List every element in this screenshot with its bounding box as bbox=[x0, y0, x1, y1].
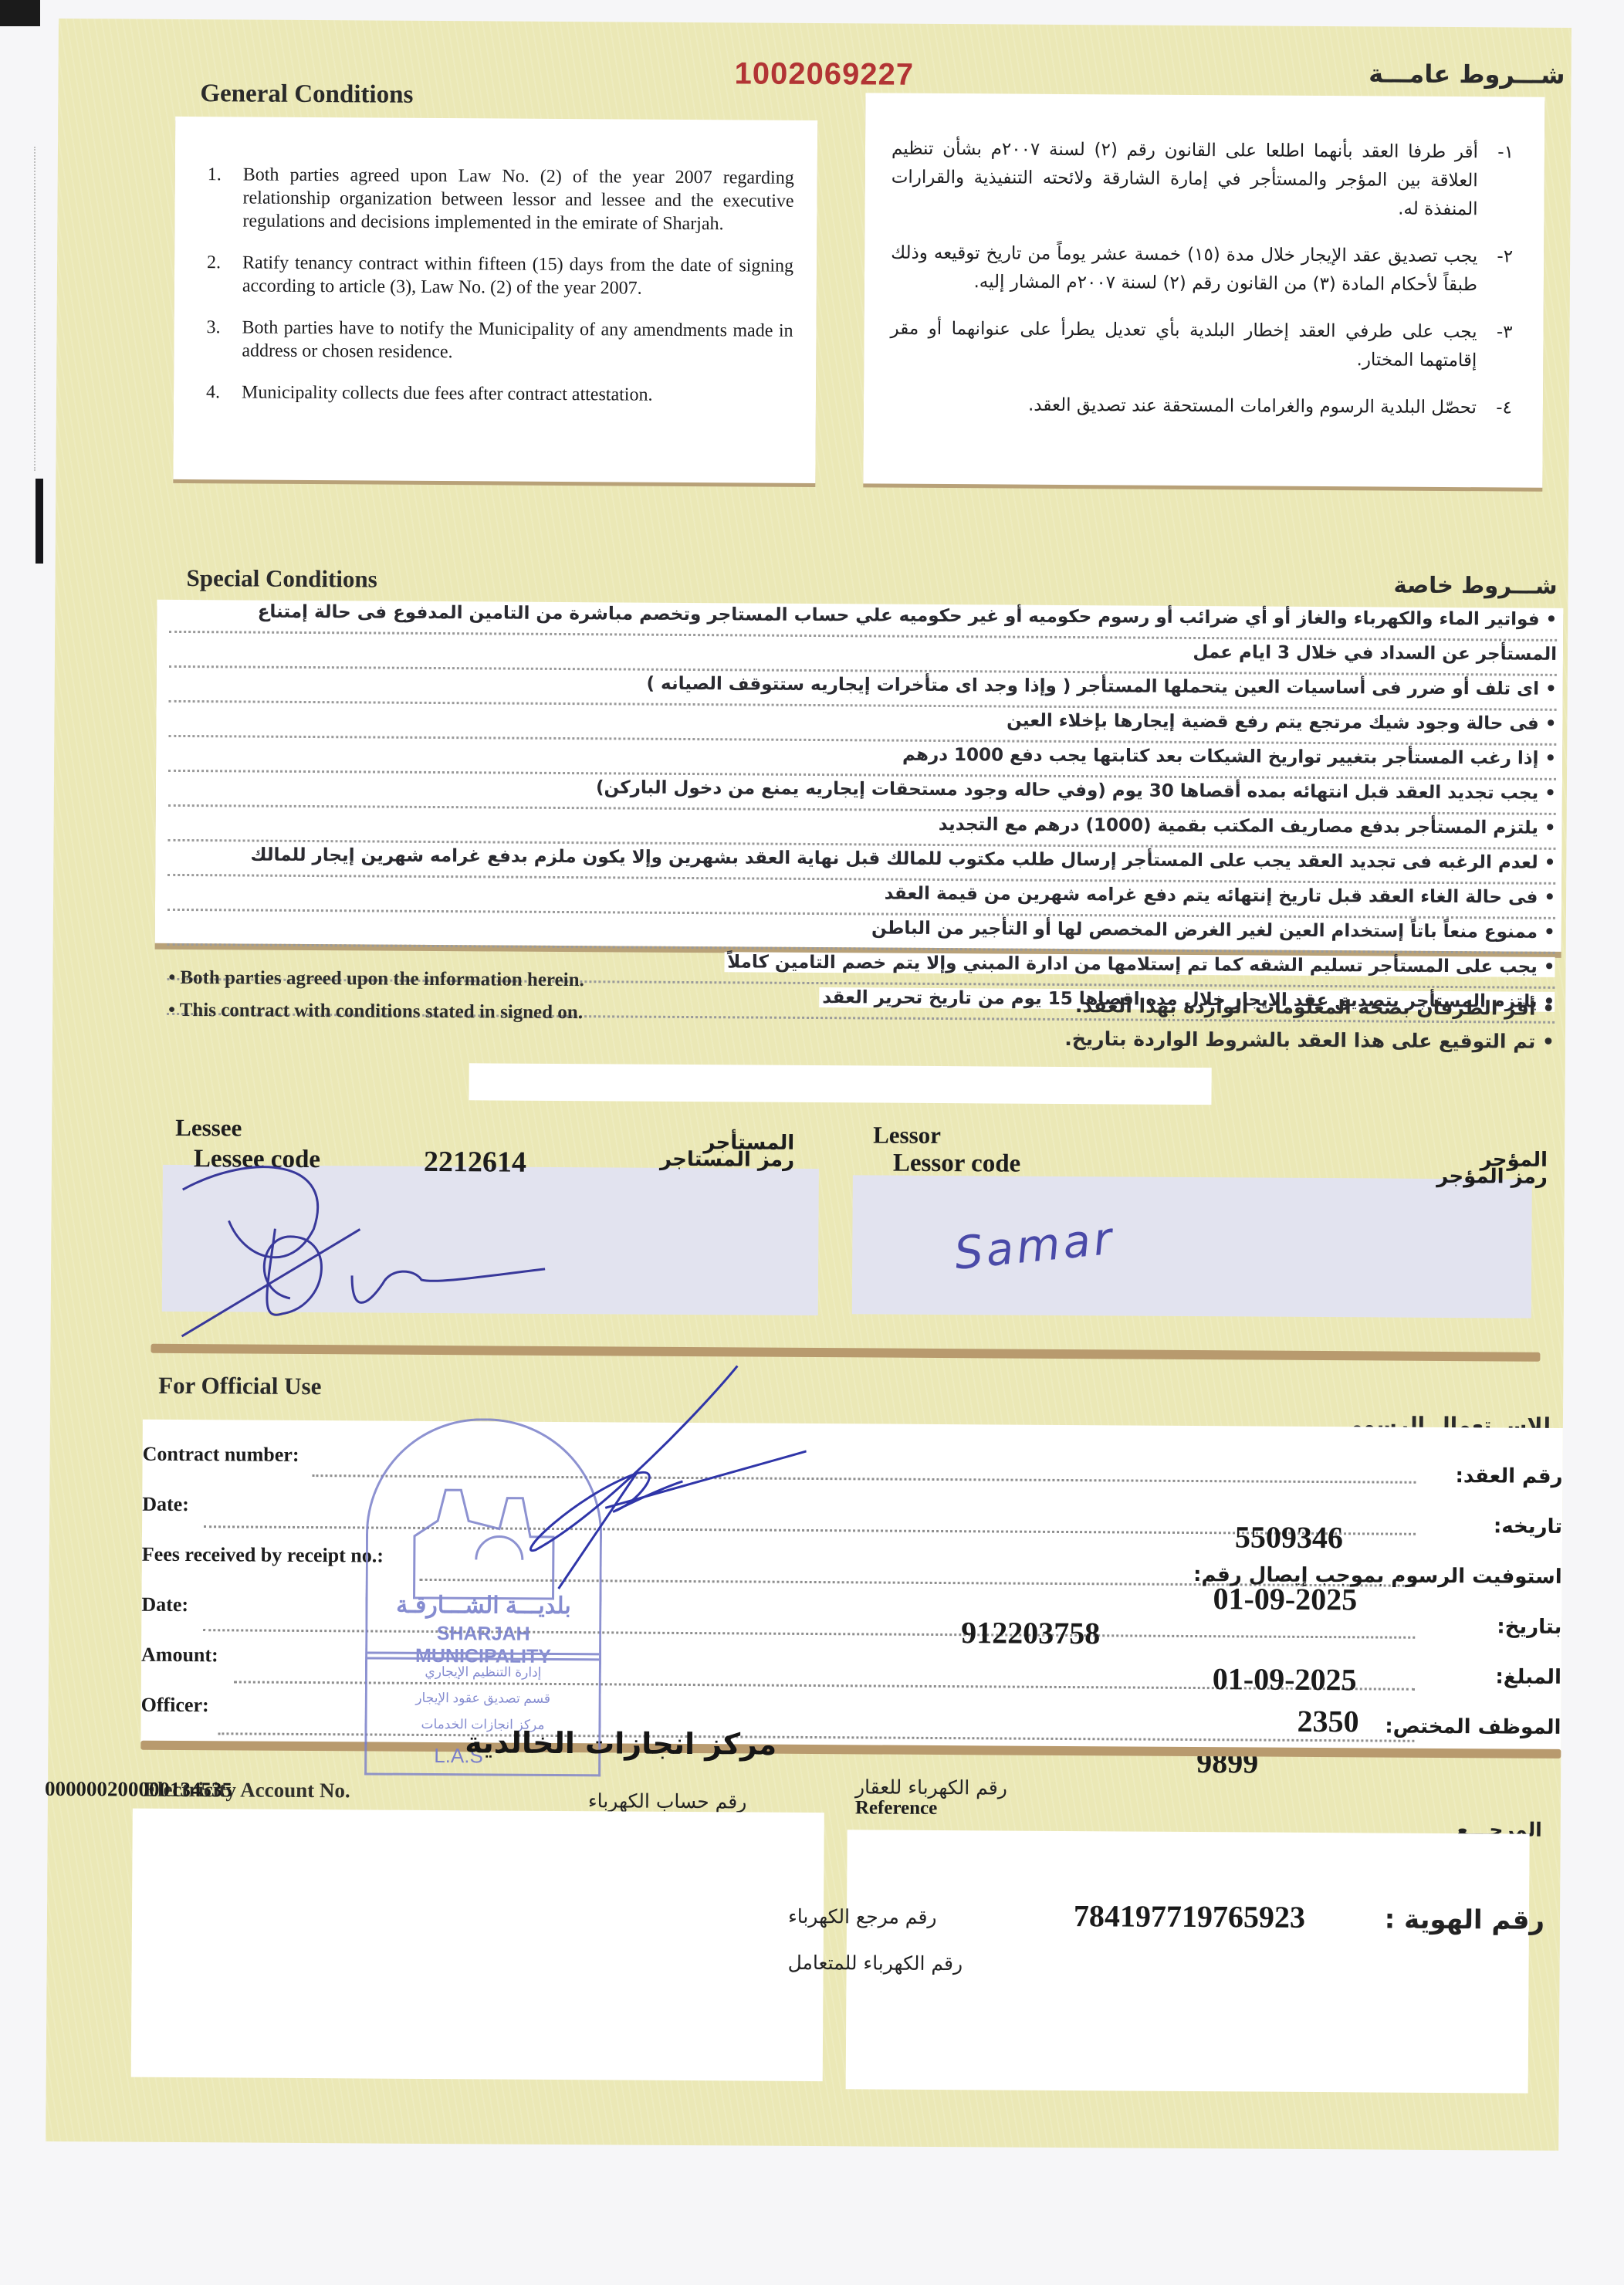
special-conditions-box: • فواتير الماء والكهرباء والغاز أو أي ضر… bbox=[155, 600, 1564, 952]
condition-number: 4. bbox=[206, 381, 242, 404]
customer-electricity-label-ar: رقم الكهرباء للمتعامل bbox=[788, 1952, 963, 1975]
condition-number: 1. bbox=[207, 163, 243, 232]
property-electricity-label-ar: رقم الكهرباء للعقار bbox=[855, 1776, 1007, 1799]
lessor-title: Lessor bbox=[873, 1121, 941, 1149]
lessor-code-label-ar: المؤجر رمز المؤجر bbox=[1436, 1151, 1548, 1186]
contract-form-sheet: General Conditions 1002069227 شـــروط عا… bbox=[46, 19, 1572, 2151]
officer-signature-icon bbox=[450, 1356, 807, 1613]
lessee-code-label-ar: المستأجر رمز المستاجر bbox=[660, 1134, 794, 1169]
special-condition-text: • فواتير الماء والكهرباء والغاز أو أي ضر… bbox=[255, 602, 1558, 630]
note-agreed-ar: • أقر الطرفان بصحة المعلومات الواردة بهذ… bbox=[1065, 994, 1555, 1020]
electricity-reference-label-ar: رقم مرجع الكهرباء bbox=[788, 1905, 937, 1928]
electricity-account-label: Electricity Account No. bbox=[144, 1778, 350, 1803]
note-signed: • This contract with conditions stated i… bbox=[168, 1000, 584, 1024]
agreement-notes-ar: • أقر الطرفان بصحة المعلومات الواردة بهذ… bbox=[1064, 994, 1555, 1053]
general-conditions-en-box: 1.Both parties agreed upon Law No. (2) o… bbox=[173, 117, 817, 483]
stamp-dept-ar: إدارة التنظيم الإيجاري bbox=[367, 1664, 599, 1681]
general-condition-item-ar: ١-أقر طرفا العقد بأنهما اطلعا على القانو… bbox=[891, 135, 1514, 225]
official-field-label-ar: تاريخه: bbox=[1494, 1515, 1562, 1539]
general-condition-item: 3.Both parties have to notify the Munici… bbox=[206, 316, 793, 366]
official-field-label-ar: بتاريخ: bbox=[1497, 1615, 1561, 1639]
id-number-value: 784197719765923 bbox=[1074, 1897, 1305, 1935]
general-condition-item: 2.Ratify tenancy contract within fifteen… bbox=[207, 251, 793, 301]
agreement-notes-en: • Both parties agreed upon the informati… bbox=[168, 967, 584, 1024]
condition-text-ar: يجب على طرفي العقد إخطار البلدية بأي تعد… bbox=[890, 315, 1477, 376]
stamp-divider bbox=[367, 1651, 599, 1660]
general-conditions-title: General Conditions bbox=[200, 80, 413, 110]
scan-margin-bar bbox=[36, 479, 43, 564]
note-agreed: • Both parties agreed upon the informati… bbox=[168, 967, 584, 991]
special-condition-text: • إذا رغب المستأجر بتغيير تواريخ الشيكات… bbox=[899, 745, 1556, 769]
lessor-code-label: Lessor code bbox=[893, 1149, 1021, 1179]
reference-label: Reference bbox=[855, 1797, 938, 1820]
contract-serial-number: 1002069227 bbox=[734, 56, 914, 92]
special-conditions-title: Special Conditions bbox=[186, 564, 377, 594]
official-field-label: Contract number: bbox=[143, 1443, 299, 1467]
general-conditions-title-ar: شـــروط عامـــة bbox=[1369, 59, 1565, 90]
scan-margin-text bbox=[34, 147, 46, 471]
scan-corner-mark bbox=[0, 0, 40, 26]
stamp-name-en: SHARJAH MUNICIPALITY bbox=[367, 1622, 599, 1668]
official-field-label-ar: المبلغ: bbox=[1495, 1665, 1561, 1689]
general-condition-item-ar: ٢-يجب تصديق عقد الإيجار خلال مدة (١٥) خم… bbox=[891, 239, 1513, 300]
condition-number-ar: ١- bbox=[1477, 138, 1514, 224]
id-number-label-ar: رقم الهوية : bbox=[1385, 1904, 1545, 1936]
condition-number-ar: ٣- bbox=[1477, 318, 1512, 375]
condition-text: Both parties agreed upon Law No. (2) of … bbox=[242, 163, 794, 235]
official-field-label-ar: الموظف المختص: bbox=[1385, 1715, 1561, 1739]
condition-text-ar: تحصّل البلدية الرسوم والغرامات المستحقة … bbox=[1028, 391, 1477, 423]
general-conditions-ar-box: ١-أقر طرفا العقد بأنهما اطلعا على القانو… bbox=[863, 93, 1544, 487]
condition-text-ar: أقر طرفا العقد بأنهما اطلعا على القانون … bbox=[891, 135, 1478, 225]
official-field-label: Fees received by receipt no.: bbox=[142, 1543, 384, 1568]
special-conditions-title-ar: شـــروط خاصة bbox=[1394, 572, 1558, 599]
lessor-code-label-ar-text: رمز المؤجر bbox=[1436, 1168, 1548, 1186]
official-field-label: Date: bbox=[141, 1593, 188, 1616]
condition-number-ar: ٤- bbox=[1477, 394, 1512, 422]
special-condition-text: • ممنوع منعاً باتاً إستخدام العين لغير ا… bbox=[868, 918, 1555, 942]
special-condition-text: • يجب على المستأجر تسليم الشقه كما تم إس… bbox=[724, 952, 1555, 977]
extra-number-value: 912203758 bbox=[961, 1614, 1100, 1651]
receipt-date-value: 01-09-2025 bbox=[1213, 1580, 1357, 1617]
amount-value: 01-09-2025 bbox=[1213, 1660, 1357, 1698]
general-condition-item: 1.Both parties agreed upon Law No. (2) o… bbox=[207, 163, 794, 236]
special-condition-text: • فى حالة الغاء العقد قبل تاريخ إنتهائه … bbox=[881, 884, 1556, 908]
lessee-title: Lessee bbox=[175, 1114, 242, 1142]
receipt-number-value: 5509346 bbox=[1235, 1518, 1343, 1555]
official-use-title: For Official Use bbox=[158, 1372, 321, 1400]
condition-text: Ratify tenancy contract within fifteen (… bbox=[242, 251, 793, 300]
signing-date-field[interactable] bbox=[469, 1063, 1211, 1105]
lessee-signature-icon bbox=[159, 1143, 655, 1347]
electricity-account-label-ar: رقم حساب الكهرباء bbox=[588, 1789, 747, 1813]
note-signed-ar: • تم التوقيع على هذا العقد بالشروط الوار… bbox=[1064, 1027, 1555, 1053]
condition-text: Both parties have to notify the Municipa… bbox=[242, 316, 793, 365]
section-divider bbox=[151, 1344, 1540, 1362]
special-condition-text: المستأجر عن السداد في خلال 3 ايام عمل bbox=[1189, 642, 1557, 665]
stamp-section-ar: قسم تصديق عقود الإيجار bbox=[367, 1690, 599, 1707]
official-field-label: Officer: bbox=[141, 1694, 209, 1718]
condition-text: Municipality collects due fees after con… bbox=[242, 381, 653, 406]
officer-value: 2350 bbox=[1297, 1703, 1358, 1739]
official-field-label: Date: bbox=[142, 1493, 189, 1516]
service-center-name: مركز انجازات الخالدية bbox=[465, 1725, 776, 1761]
official-field-label: Amount: bbox=[141, 1644, 218, 1667]
general-condition-item-ar: ٣-يجب على طرفي العقد إخطار البلدية بأي ت… bbox=[890, 315, 1512, 376]
condition-text-ar: يجب تصديق عقد الإيجار خلال مدة (١٥) خمسة… bbox=[891, 239, 1477, 300]
official-field-label-ar: رقم العقد: bbox=[1455, 1464, 1562, 1488]
general-condition-item: 4.Municipality collects due fees after c… bbox=[206, 381, 793, 408]
condition-number-ar: ٢- bbox=[1477, 242, 1513, 300]
lessee-code-label-ar-text: رمز المستاجر bbox=[660, 1151, 794, 1169]
condition-number: 3. bbox=[206, 316, 242, 362]
electricity-account-box[interactable] bbox=[131, 1809, 824, 2081]
general-condition-item-ar: ٤-تحصّل البلدية الرسوم والغرامات المستحق… bbox=[890, 391, 1512, 423]
special-condition-text: • يلتزم المستأجر بدفع مصاريف المكتب بقمي… bbox=[935, 814, 1556, 838]
special-condition-text: • فى حالة وجود شيك مرتجع يتم رفع قضية إي… bbox=[1003, 710, 1556, 733]
condition-number: 2. bbox=[207, 251, 242, 297]
